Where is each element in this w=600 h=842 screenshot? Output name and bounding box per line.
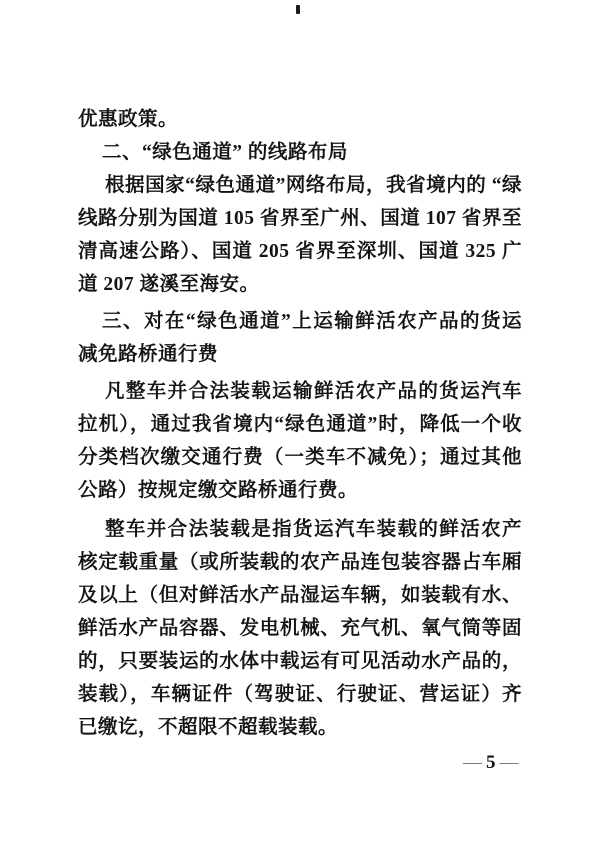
body-line: 核定载重量（或所装载的农产品连包装容器占车厢容积）70% xyxy=(78,546,522,579)
body-line: 整车并合法装载是指货运汽车装载的鲜活农产品达到该车 xyxy=(78,513,522,546)
scan-artifact-mark xyxy=(296,5,300,14)
section-heading-3-line-2: 减免路桥通行费 xyxy=(78,338,522,371)
document-body: 优惠政策。 二、“绿色通道” 的线路布局 根据国家“绿色通道”网络布局，我省境内… xyxy=(78,103,522,744)
section-heading-2: 二、“绿色通道” 的线路布局 xyxy=(78,136,522,169)
section-heading-3-line-1: 三、对在“绿色通道”上运输鲜活农产品的货运汽车予以 xyxy=(78,305,522,338)
body-line: 装载），车辆证件（驾驶证、行驶证、营运证）齐全，各项税费 xyxy=(78,678,522,711)
page-number: —5— xyxy=(460,749,523,777)
body-line: 鲜活水产品容器、发电机械、充气机、氧气筒等固定附属设备 xyxy=(78,612,522,645)
body-line: 已缴讫，不超限不超载装载。 xyxy=(78,711,522,744)
page-number-value: 5 xyxy=(486,752,497,773)
body-line: 线路分别为国道 105 省界至广州、国道 107 省界至深圳（含广 xyxy=(78,202,522,235)
scanned-document-page: 优惠政策。 二、“绿色通道” 的线路布局 根据国家“绿色通道”网络布局，我省境内… xyxy=(0,0,600,842)
body-line: 分类档次缴交通行费（一类车不减免）；通过其他公路（含高速 xyxy=(78,441,522,474)
body-line: 的，只要装运的水体中载运有可见活动水产品的，则视同整车 xyxy=(78,645,522,678)
body-line: 凡整车并合法装载运输鲜活农产品的货运汽车（不包括拖 xyxy=(78,375,522,408)
body-line: 根据国家“绿色通道”网络布局，我省境内的 “绿色通道” xyxy=(78,169,522,202)
body-line: 及以上（但对鲜活水产品湿运车辆，如装载有水、及装有运载 xyxy=(78,579,522,612)
page-number-dash-right: — xyxy=(497,752,523,773)
body-line: 道 207 遂溪至海安。 xyxy=(78,268,522,301)
body-line: 清高速公路）、国道 205 省界至深圳、国道 325 广州至遂溪、国 xyxy=(78,235,522,268)
body-line: 优惠政策。 xyxy=(78,103,522,136)
body-line: 拉机），通过我省境内“绿色通道”时，降低一个收费车辆车型 xyxy=(78,408,522,441)
body-line: 公路）按规定缴交路桥通行费。 xyxy=(78,474,522,507)
page-number-dash-left: — xyxy=(460,752,486,773)
